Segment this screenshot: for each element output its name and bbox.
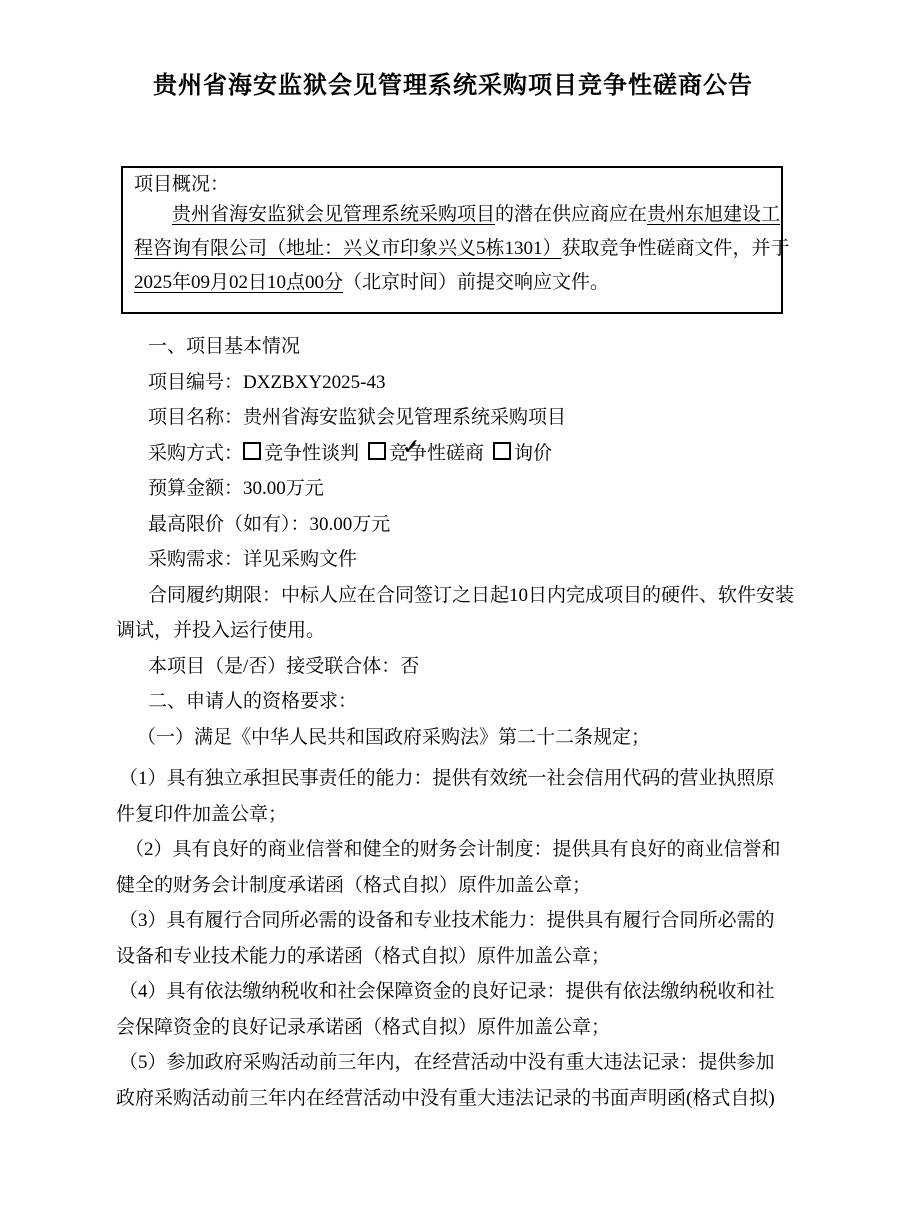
overview-line-2: 程咨询有限公司（地址：兴义市印象兴义5栋1301）获取竞争性磋商文件，并于: [134, 232, 770, 266]
para-req-4-line-2: 会保障资金的良好记录承诺函（格式自拟）原件加盖公章；: [116, 1010, 790, 1046]
overview-project-name: 贵州省海安监狱会见管理系统采购项目: [172, 204, 495, 225]
para-section-2-heading: 二、申请人的资格要求：: [116, 684, 790, 720]
para-req-4-line-1: （4）具有依法缴纳税收和社会保障资金的良好记录：提供有依法缴纳税收和社: [116, 974, 790, 1010]
para-req-5-line-1: （5）参加政府采购活动前三年内，在经营活动中没有重大违法记录：提供参加: [116, 1045, 790, 1081]
para-procurement-requirements: 采购需求：详见采购文件: [116, 542, 790, 578]
para-req-2-line-2: 健全的财务会计制度承诺函（格式自拟）原件加盖公章；: [116, 868, 790, 904]
para-max-price: 最高限价（如有）：30.00万元: [116, 507, 790, 543]
page-title: 贵州省海安监狱会见管理系统采购项目竞争性磋商公告: [116, 0, 790, 102]
document-page: 贵州省海安监狱会见管理系统采购项目竞争性磋商公告 项目概况： 贵州省海安监狱会见…: [0, 0, 906, 1222]
overview-deadline: 2025年09月02日10点00分: [134, 272, 343, 293]
check-mark-icon: ✓: [370, 437, 420, 459]
method-option-inquiry: 询价: [493, 443, 552, 464]
para-req-5-line-2: 政府采购活动前三年内在经营活动中没有重大违法记录的书面声明函(格式自拟): [116, 1081, 790, 1117]
para-consortium: 本项目（是/否）接受联合体：否: [116, 649, 790, 685]
overview-agency-name-part1: 贵州东旭建设工: [647, 204, 780, 225]
para-req-3-line-2: 设备和专业技术能力的承诺函（格式自拟）原件加盖公章；: [116, 939, 790, 975]
overview-agency-name-part2: 程咨询有限公司（地址：兴义市印象兴义5栋1301）: [134, 238, 562, 259]
para-project-name: 项目名称：贵州省海安监狱会见管理系统采购项目: [116, 400, 790, 436]
checkbox-unchecked-icon: [243, 442, 261, 460]
overview-line-1: 贵州省海安监狱会见管理系统采购项目的潜在供应商应在贵州东旭建设工: [134, 198, 770, 232]
para-budget-amount: 预算金额：30.00万元: [116, 471, 790, 507]
overview-text: （北京时间）前提交响应文件。: [343, 272, 609, 293]
method-option-negotiation: 竞争性谈判: [243, 443, 359, 464]
overview-label: 项目概况：: [134, 171, 770, 198]
para-contract-period-line-1: 合同履约期限：中标人应在合同签订之日起10日内完成项目的硬件、软件安装: [116, 578, 790, 614]
method-option-label: 询价: [514, 443, 552, 464]
overview-text: 的潜在供应商应在: [495, 204, 647, 225]
project-overview-box: 项目概况： 贵州省海安监狱会见管理系统采购项目的潜在供应商应在贵州东旭建设工 程…: [121, 166, 783, 314]
para-req-1-line-1: （1）具有独立承担民事责任的能力：提供有效统一社会信用代码的营业执照原: [116, 761, 790, 797]
checkbox-unchecked-icon: [493, 442, 511, 460]
para-section-1-heading: 一、项目基本情况: [116, 329, 790, 365]
method-option-label: 竞争性谈判: [264, 443, 359, 464]
para-qualification-intro: （一）满足《中华人民共和国政府采购法》第二十二条规定；: [116, 720, 790, 756]
para-project-number: 项目编号：DXZBXY2025-43: [116, 365, 790, 401]
para-procurement-method: 采购方式：竞争性谈判✓竞争性磋商询价: [116, 436, 790, 472]
document-body: 一、项目基本情况 项目编号：DXZBXY2025-43 项目名称：贵州省海安监狱…: [116, 329, 790, 1116]
overview-line-3: 2025年09月02日10点00分（北京时间）前提交响应文件。: [134, 266, 770, 300]
para-contract-period-line-2: 调试，并投入运行使用。: [116, 613, 790, 649]
procurement-method-label: 采购方式：: [148, 443, 243, 464]
checkbox-checked-icon: ✓: [368, 442, 386, 460]
para-req-1-line-2: 件复印件加盖公章；: [116, 797, 790, 833]
overview-text: 获取竞争性磋商文件，并于: [562, 238, 790, 259]
para-req-2-line-1: （2）具有良好的商业信誉和健全的财务会计制度：提供具有良好的商业信誉和: [116, 832, 790, 868]
para-req-3-line-1: （3）具有履行合同所必需的设备和专业技术能力：提供具有履行合同所必需的: [116, 903, 790, 939]
method-option-consultation: ✓竞争性磋商: [368, 443, 484, 464]
